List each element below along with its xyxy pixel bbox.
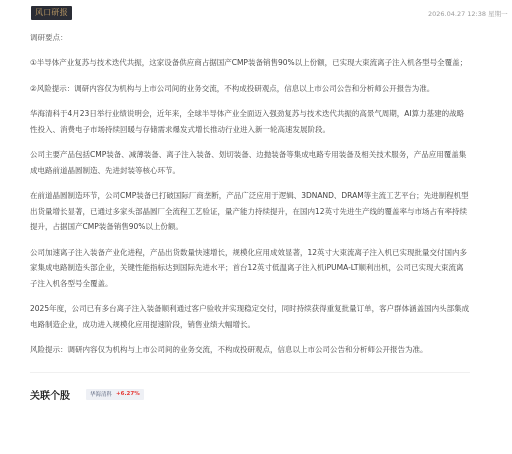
article-paragraph: 华海清科于4月23日举行业绩说明会，近年来，全球半导体产业全面迈入强劲复苏与技术… — [30, 106, 470, 137]
stock-change: +6.27% — [116, 391, 140, 397]
article-paragraph: ①半导体产业复苏与技术迭代共振，这家设备供应商占据国产CMP装备销售90%以上份… — [30, 55, 470, 71]
article-header: 风口研报 2026.04.27 12:38 星期一 — [30, 6, 482, 28]
related-stocks: 关联个股 华海清科 +6.27% — [30, 387, 482, 402]
article-paragraph: 2025年度，公司已有多台离子注入装备顺利通过客户验收并实现稳定交付，同时持续获… — [30, 301, 470, 332]
article-paragraph: 在前道晶圆制造环节，公司CMP装备已打破国际厂商垄断，产品广泛应用于逻辑、3DN… — [30, 188, 470, 235]
stock-tag[interactable]: 华海清科 +6.27% — [86, 389, 144, 400]
stock-name: 华海清科 — [90, 390, 112, 398]
risk-disclaimer: 风险提示：调研内容仅为机构与上市公司间的业务交流，不构成投研观点，信息以上市公司… — [30, 342, 470, 358]
related-stocks-title: 关联个股 — [30, 387, 70, 402]
article-page: 风口研报 2026.04.27 12:38 星期一 调研要点： ①半导体产业复苏… — [0, 6, 512, 454]
column-badge[interactable]: 风口研报 — [31, 6, 72, 20]
section-heading: 调研要点： — [30, 32, 482, 43]
section-divider — [30, 372, 470, 373]
article-paragraph: 公司加速离子注入装备产业化进程，产品出货数量快速增长，规模化应用成效显著，12英… — [30, 245, 470, 292]
article-paragraph: ②风险提示：调研内容仅为机构与上市公司间的业务交流，不构成投研观点，信息以上市公… — [30, 81, 470, 97]
article-paragraph: 公司主要产品包括CMP装备、减薄装备、离子注入装备、划切装备、边抛装备等集成电路… — [30, 147, 470, 178]
publish-timestamp: 2026.04.27 12:38 星期一 — [428, 9, 508, 18]
